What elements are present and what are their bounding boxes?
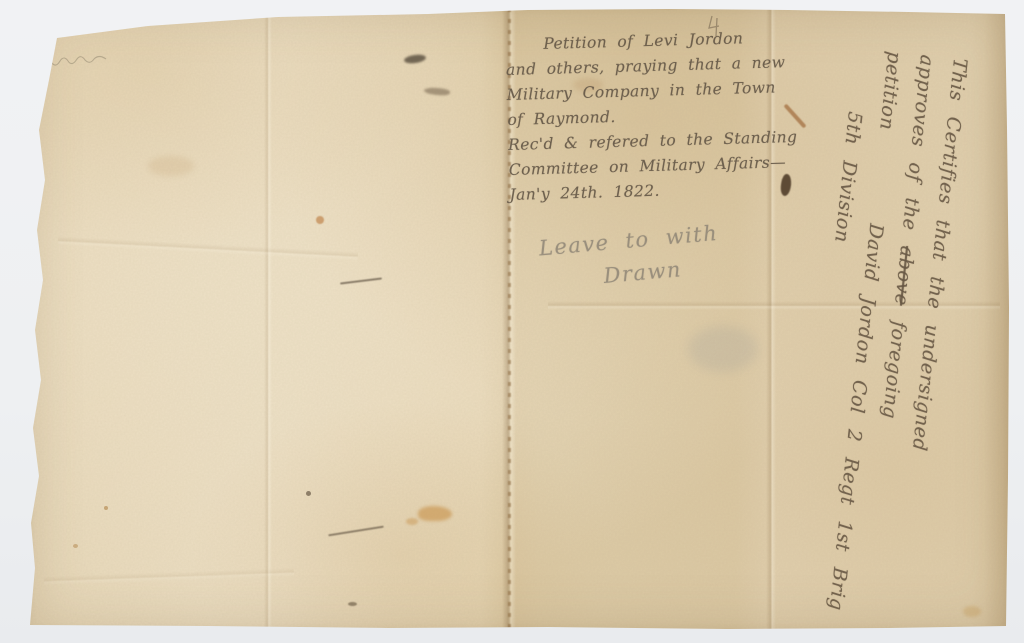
manuscript-paper: Petition of Levi Jordon and others, pray… bbox=[28, 8, 1010, 630]
paper-edge-vignette bbox=[28, 8, 1010, 630]
